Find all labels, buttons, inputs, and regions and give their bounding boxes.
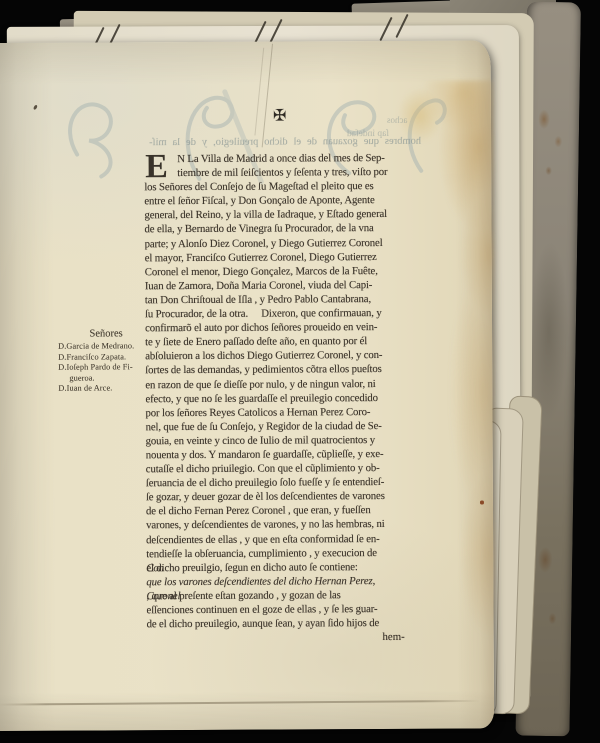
text-line: el mayor, Franciſco Gutierrez Coronel, D… xyxy=(145,249,427,265)
margin-note-name: D.Garcia de Medrano. xyxy=(58,341,154,352)
margin-note-name: D.Iuan de Arce. xyxy=(58,384,154,395)
text-line: de ella, y Bernardo de Vinegra ſu Procur… xyxy=(145,221,427,237)
bleedthrough-text-fragment: ſap indeſad xyxy=(347,129,389,139)
text-line: eſſenciones continuen en el goze de ella… xyxy=(146,602,428,618)
text-line: de el dicho Fernan Perez Coronel , que e… xyxy=(146,503,428,519)
text-line: nel, que fue de ſu Conſejo, y Regidor de… xyxy=(146,419,428,435)
margin-note-name: D.Franciſco Zapata. xyxy=(58,352,154,363)
text-line: tiembre de mil ſeiſcientos y ſeſenta y t… xyxy=(177,165,426,180)
text-line: Iuan de Zamora, Doña Maria Coronel, viud… xyxy=(145,278,427,294)
margin-note: Señores D.Garcia de Medrano. D.Franciſco… xyxy=(58,328,154,394)
page-crease xyxy=(0,700,480,705)
text-line: los Señores del Conſejo de ſu Mageſtad e… xyxy=(144,179,426,195)
text-line: por los ſeñores Reyes Catolicos a Hernan… xyxy=(145,404,427,420)
text-line: tendieſſe la obſeruancia, cumplimiento ,… xyxy=(146,545,428,561)
book-scan: ✠ hombres que gozauan de el dicho preuil… xyxy=(0,0,600,743)
text-line: nouenta y dos. Y mandaron ſe guardaſſe, … xyxy=(146,447,428,463)
text-line: el dicho preuilgio, ſegun en dicho auto … xyxy=(146,559,428,575)
text-line: tan Don Chriſtoual de Iſla , y Pedro Pab… xyxy=(145,292,427,308)
margin-note-name: gueroa. xyxy=(58,373,154,384)
text-line: N La Villa de Madrid a once dias del mes… xyxy=(177,151,426,166)
text-line: ſeruancia de el dicho preuilegio ſolo fu… xyxy=(146,475,428,491)
main-text-block: N La Villa de Madrid a once dias del mes… xyxy=(144,151,429,632)
text-line: gouia, en veinte y cinco de Iulio de mil… xyxy=(146,433,428,449)
margin-note-heading: Señores xyxy=(58,328,154,340)
bleedthrough-text-fragment: achos xyxy=(387,115,408,125)
ink-speck xyxy=(33,104,38,110)
text-line: ſu Procurador, de la otra. Dixeron, que … xyxy=(145,306,427,322)
printers-cross-mark: ✠ xyxy=(273,106,287,125)
text-line: deſcendientes de ellas , y que en eſta c… xyxy=(146,531,428,547)
margin-note-name: D.Ioſeph Pardo de Fi- xyxy=(58,362,154,373)
text-line: efecto, y que no ſe les guardaſſe el pre… xyxy=(145,390,427,406)
text-line: abſoluieron a los dichos Diego Gutierrez… xyxy=(145,348,427,364)
text-line: Coronel , que al preſente eſtan gozando … xyxy=(146,588,428,604)
text-line: general, del Reino, y la villa de Iadraq… xyxy=(144,207,426,223)
catchword: hem- xyxy=(147,631,429,644)
text-line: en razon de que ſe dieſſe por nulo, y de… xyxy=(145,376,427,392)
text-line: que los varones deſcendientes del dicho … xyxy=(146,574,428,590)
text-line: de el dicho preuilegio, aunque ſean, y a… xyxy=(147,616,429,632)
text-line: ſortes de las demandas, y pedimientos cõ… xyxy=(145,362,427,378)
text-line: ſe gozar, y deuer gozar de èl los deſcen… xyxy=(146,489,428,505)
text-line: parte; y Alonſo Diez Coronel, y Diego Gu… xyxy=(145,235,427,251)
text-line: te y ſiete de Enero paſſado deſte año, e… xyxy=(145,334,427,350)
document-page: ✠ hombres que gozauan de el dicho preuil… xyxy=(0,40,494,731)
text-line: confirmarõ el auto por dichos ſeñores pr… xyxy=(145,320,427,336)
ink-speck xyxy=(480,500,484,504)
text-line: entre el ſeñor Fiſcal, y Don Gonçalo de … xyxy=(144,193,426,209)
text-line: cutaſſe el dicho priuilegio. Con que el … xyxy=(146,461,428,477)
text-line: Coronel el menor, Diego Gonçalez, Marcos… xyxy=(145,264,427,280)
text-line: varones, y deſcendientes de varones, y n… xyxy=(146,517,428,533)
